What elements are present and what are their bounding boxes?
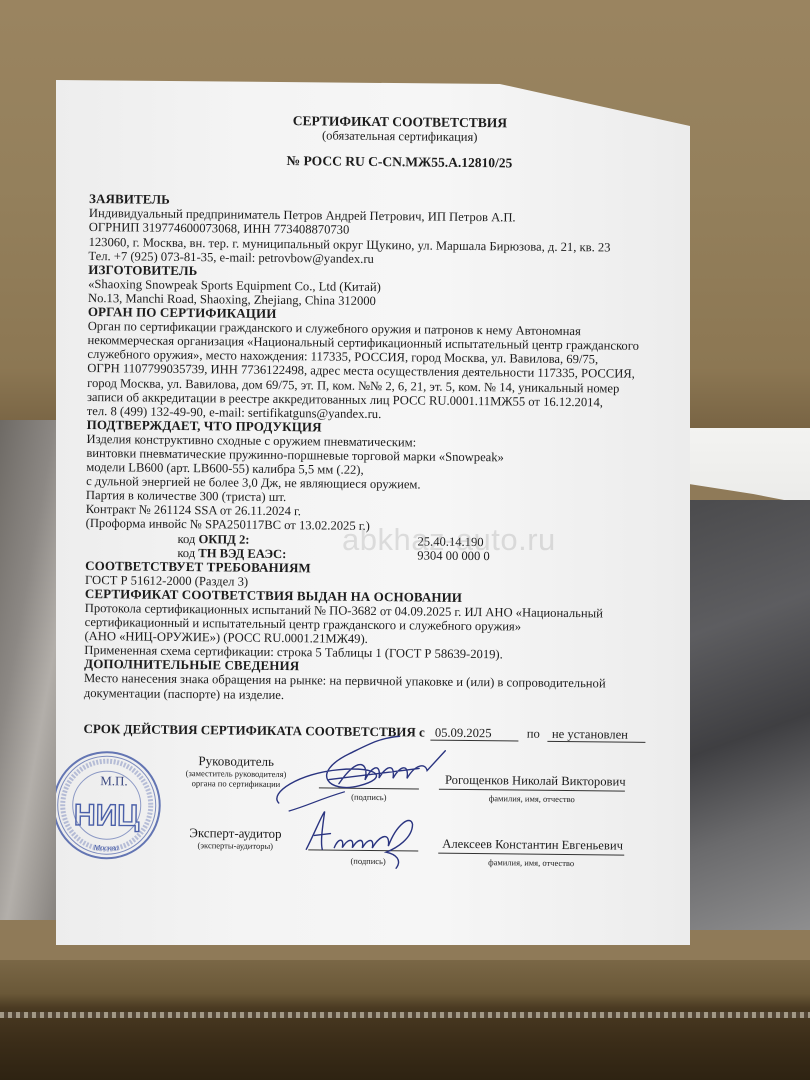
validity-to-word: по <box>527 726 540 740</box>
section-additional: ДОПОЛНИТЕЛЬНЫЕ СВЕДЕНИЯ Место нанесения … <box>84 657 664 705</box>
role-subtitle: (эксперты-аудиторы) <box>170 840 300 851</box>
svg-text:Москва: Москва <box>93 843 119 852</box>
official-stamp-icon: Москва М.П. НИЦ <box>50 748 163 861</box>
cardboard-corrugated-edge <box>0 1012 810 1018</box>
expert-full-name: Алексеев Константин Евгеньевич <box>442 836 623 852</box>
code-label: ОКПД 2: <box>198 532 249 547</box>
validity-to: не установлен <box>548 726 646 742</box>
certificate-sheet: СЕРТИФИКАТ СООТВЕТСТВИЯ (обязательная се… <box>56 80 690 945</box>
svg-text:М.П.: М.П. <box>100 773 128 788</box>
code-value: 25.40.14.190 <box>417 534 483 549</box>
section-applicant: ЗАЯВИТЕЛЬ Индивидуальный предприниматель… <box>88 192 669 269</box>
cardboard-box-bottom <box>0 960 810 1080</box>
svg-text:НИЦ: НИЦ <box>74 799 140 833</box>
code-prefix: код <box>177 531 198 545</box>
section-basis: СЕРТИФИКАТ СООТВЕТСТВИЯ ВЫДАН НА ОСНОВАН… <box>84 587 665 664</box>
certificate-content: СЕРТИФИКАТ СООТВЕТСТВИЯ (обязательная се… <box>82 110 670 899</box>
title-block: СЕРТИФИКАТ СООТВЕТСТВИЯ (обязательная се… <box>129 112 670 172</box>
head-full-name: Рогощенков Николай Викторович <box>445 773 626 789</box>
expert-name-caption: фамилия, имя, отчество <box>438 854 624 870</box>
code-value: 9304 00 000 0 <box>417 548 490 563</box>
section-manufacturer: ИЗГОТОВИТЕЛЬ «Shaoxing Snowpeak Sports E… <box>88 263 668 311</box>
head-name-caption: фамилия, имя, отчество <box>439 790 625 806</box>
signature-area: Москва М.П. НИЦ Руководитель (заместител… <box>82 743 664 899</box>
expert-signature-icon <box>300 803 431 874</box>
code-prefix: код <box>177 546 198 560</box>
role-title: Эксперт-аудитор <box>170 826 300 841</box>
section-certification-body: ОРГАН ПО СЕРТИФИКАЦИИ Орган по сертифика… <box>87 305 668 424</box>
section-product: ПОДТВЕРЖДАЕТ, ЧТО ПРОДУКЦИЯ Изделия конс… <box>85 418 666 565</box>
role-expert: Эксперт-аудитор (эксперты-аудиторы) <box>170 826 300 851</box>
